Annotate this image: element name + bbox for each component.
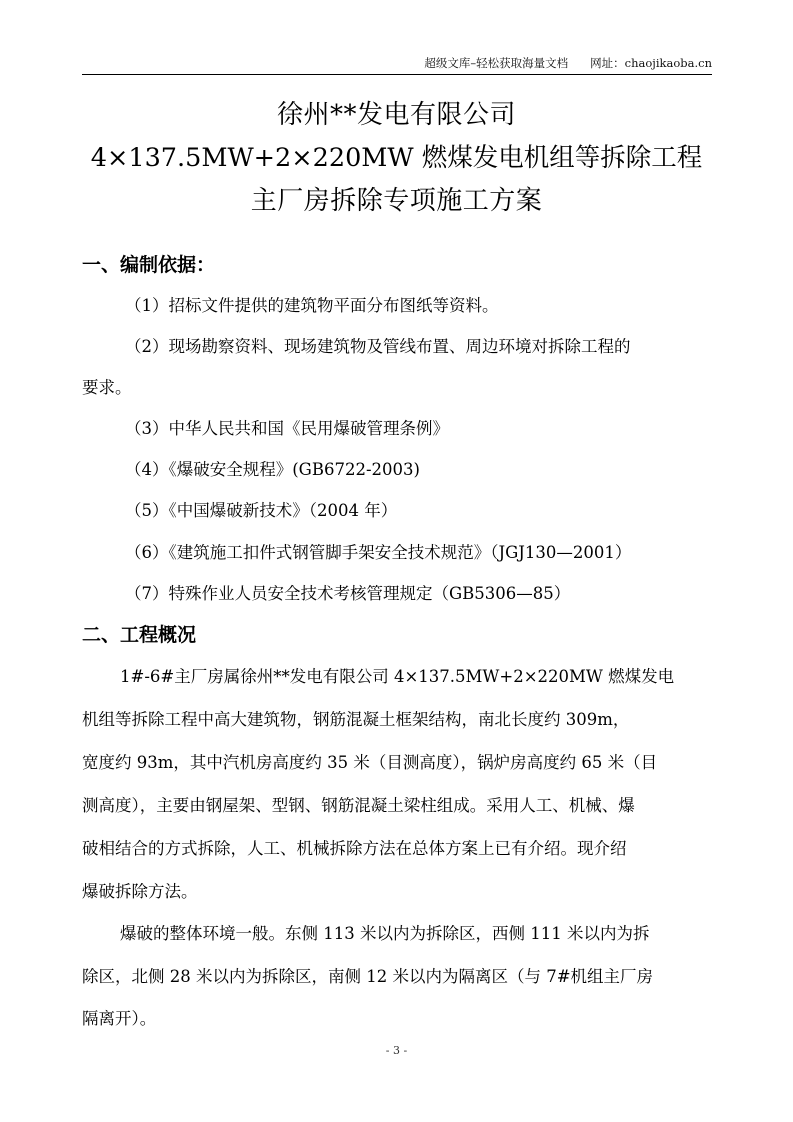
basis-item-7: （7）特殊作业人员安全技术考核管理规定（GB5306—85） [125,583,570,605]
overview-line-9: 隔离开）。 [82,1008,156,1030]
document-title-project: 4×137.5MW+2×220MW 燃煤发电机组等拆除工程 [0,143,793,173]
page-header: 超级文库–轻松获取海量文档网址：chaojikaoba.cn [82,55,712,75]
basis-item-5: （5）《中国爆破新技术》（2004 年） [125,500,397,522]
overview-line-8: 除区，北侧 28 米以内为拆除区，南侧 12 米以内为隔离区（与 7#机组主厂房 [82,966,653,988]
overview-line-6: 爆破拆除方法。 [82,881,198,903]
document-title-company: 徐州**发电有限公司 [0,100,793,130]
document-title-plan: 主厂房拆除专项施工方案 [0,186,793,216]
header-library-text: 超级文库–轻松获取海量文档 [424,56,568,70]
section-heading-overview: 二、工程概况 [82,623,196,647]
overview-line-4: 测高度），主要由钢屋架、型钢、钢筋混凝土梁柱组成。采用人工、机械、爆 [82,795,635,817]
basis-item-3: （3）中华人民共和国《民用爆破管理条例》 [125,418,449,440]
overview-line-5: 破相结合的方式拆除，人工、机械拆除方法在总体方案上已有介绍。现介绍 [82,838,627,860]
basis-item-2-cont: 要求。 [82,377,132,399]
overview-line-7: 爆破的整体环境一般。东侧 113 米以内为拆除区，西侧 111 米以内为拆 [120,923,649,945]
basis-item-1: （1）招标文件提供的建筑物平面分布图纸等资料。 [125,295,499,317]
overview-line-2: 机组等拆除工程中高大建筑物，钢筋混凝土框架结构，南北长度约 309m， [82,709,629,731]
header-site-text: 网址：chaojikaoba.cn [590,56,712,70]
basis-item-2: （2）现场勘察资料、现场建筑物及管线布置、周边环境对拆除工程的 [125,336,631,358]
overview-line-3: 宽度约 93m，其中汽机房高度约 35 米（目测高度），锅炉房高度约 65 米（… [82,752,657,774]
overview-line-1: 1#-6#主厂房属徐州**发电有限公司 4×137.5MW+2×220MW 燃煤… [120,666,674,688]
page-number: - 3 - [0,1044,793,1057]
section-heading-basis: 一、编制依据： [82,253,215,277]
basis-item-4: （4）《爆破安全规程》(GB6722-2003) [125,459,420,481]
basis-item-6: （6）《建筑施工扣件式钢管脚手架安全技术规范》（JGJ130—2001） [125,542,631,564]
